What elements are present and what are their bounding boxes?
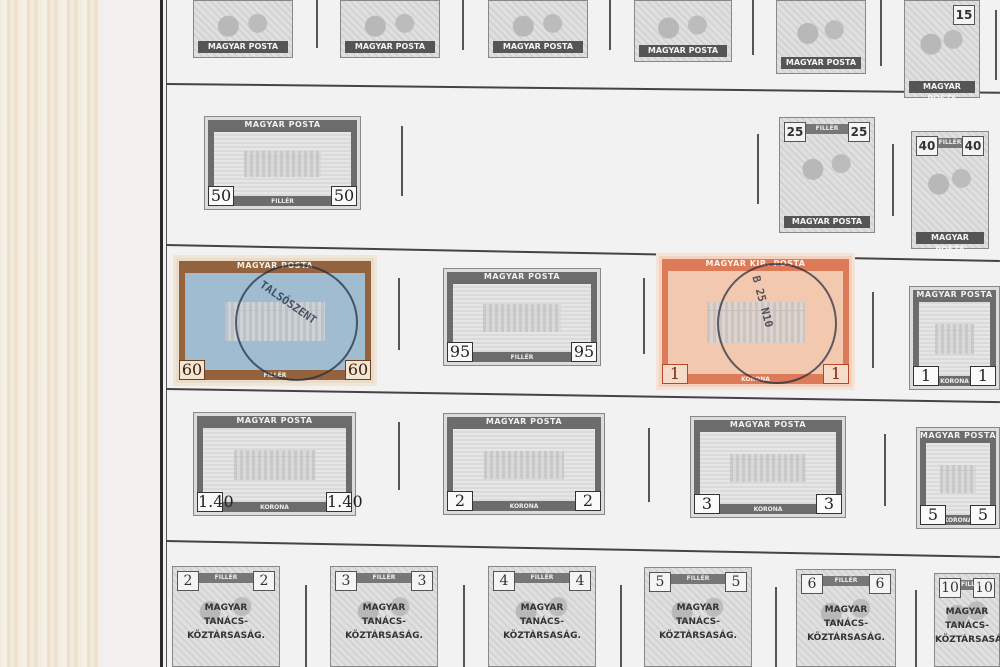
stamp-harvester[interactable]: 44FILLÉRMAGYARTANÁCS-KÖZTÁRSASÁG. (488, 566, 596, 667)
stamp-hinge-separator (884, 434, 886, 506)
stamp-parliament[interactable]: MAGYAR KIR. POSTAKORONA11B 25 N10 (659, 256, 852, 387)
overprint-line: KÖZTÁRSASÁG. (935, 633, 999, 647)
parliament-building-icon (234, 450, 314, 480)
stamp-value: 5 (920, 505, 946, 525)
stamp-harvester[interactable]: MAGYAR POSTA (340, 0, 440, 58)
stamp-caption: MAGYAR POSTA (909, 81, 975, 93)
stamp-value: 40 (916, 136, 938, 156)
overprint-line: KÖZTÁRSASÁG. (489, 629, 595, 643)
stamp-unit: FILLÉR (806, 124, 848, 134)
stamp-hinge-separator (398, 422, 400, 490)
overprint-line: MAGYAR (489, 601, 595, 615)
stamp-unit: FILLÉR (357, 573, 411, 583)
stamp-value: 95 (571, 342, 597, 362)
stamp-hinge-separator (401, 126, 403, 196)
stamp-harvester[interactable]: MAGYAR POSTA (634, 0, 732, 62)
stamp-value: 2 (253, 571, 275, 591)
stamp-caption: MAGYAR POSTA (916, 232, 984, 244)
parliament-building-icon (730, 454, 806, 483)
overprint-line: TANÁCS- (489, 615, 595, 629)
stamp-hinge-separator (463, 585, 465, 667)
stamp-value: 50 (208, 186, 234, 206)
stamp-harvester[interactable]: MAGYAR POSTA (488, 0, 588, 58)
page-inner-rule (166, 0, 167, 667)
stamp-parliament[interactable]: MAGYAR POSTAKORONA33 (690, 416, 846, 518)
stamp-value: 1 (662, 364, 688, 384)
stamp-value: 5 (649, 572, 671, 592)
overprint-line: MAGYAR (797, 603, 895, 617)
stamp-parliament[interactable]: MAGYAR POSTAKORONA1.401.40 (193, 412, 356, 516)
postmark-cancel (235, 264, 358, 381)
stamp-hinge-separator (609, 0, 611, 50)
stamp-parliament[interactable]: MAGYAR POSTAFILLÉR6060TALSÓSZENT (176, 258, 374, 383)
stamp-unit: FILLÉR (515, 573, 569, 583)
stamp-hinge-separator (757, 134, 759, 204)
stamp-value: 6 (869, 574, 891, 594)
stamp-value: 2 (177, 571, 199, 591)
stamp-value: 3 (411, 571, 433, 591)
stamp-caption: MAGYAR POSTA (493, 41, 583, 53)
stamp-hinge-separator (892, 144, 894, 216)
stamp-unit: FILLÉR (199, 573, 253, 583)
stamp-unit: FILLÉR (823, 576, 869, 586)
stamp-caption: MAGYAR POSTA (198, 41, 288, 53)
stamp-caption: MAGYAR POSTA (444, 272, 600, 281)
overprint-line: MAGYAR (935, 605, 999, 619)
stamp-value: 2 (575, 491, 601, 511)
stamp-hinge-separator (398, 278, 400, 350)
stamp-caption: MAGYAR POSTA (444, 417, 604, 426)
parliament-building-icon (940, 465, 976, 494)
stamp-caption: MAGYAR POSTA (784, 216, 870, 228)
album-margin (100, 0, 162, 667)
stamp-value: 95 (447, 342, 473, 362)
overprint-text: MAGYARTANÁCS-KÖZTÁRSASÁG. (797, 603, 895, 645)
stamp-parliament[interactable]: MAGYAR POSTAKORONA11 (909, 286, 1000, 390)
stamp-harvester[interactable]: 2525FILLÉRMAGYAR POSTA (779, 117, 875, 233)
stamp-caption: MAGYAR POSTA (781, 57, 861, 69)
overprint-line: KÖZTÁRSASÁG. (331, 629, 437, 643)
overprint-line: TANÁCS- (797, 617, 895, 631)
stamp-value: 3 (816, 494, 842, 514)
stamp-hinge-separator (872, 292, 874, 368)
stamp-value: 1.40 (326, 492, 352, 512)
stamp-value: 6 (801, 574, 823, 594)
parliament-building-icon (935, 324, 975, 354)
parliament-building-icon (244, 151, 321, 177)
stamp-caption: MAGYAR POSTA (345, 41, 435, 53)
overprint-line: MAGYAR (645, 601, 751, 615)
stamp-value: 5 (725, 572, 747, 592)
stamp-caption: MAGYAR POSTA (917, 431, 999, 440)
overprint-line: TANÁCS- (173, 615, 279, 629)
overprint-line: KÖZTÁRSASÁG. (797, 631, 895, 645)
stamp-hinge-separator (915, 590, 917, 667)
stamp-caption: MAGYAR POSTA (194, 416, 355, 425)
stamp-value: 25 (848, 122, 870, 142)
stamp-caption: MAGYAR POSTA (639, 45, 727, 57)
stamp-hinge-separator (643, 278, 645, 354)
stamp-value: 1 (970, 366, 996, 386)
stamp-value: 4 (493, 571, 515, 591)
stamp-harvester[interactable]: MAGYAR POSTA (193, 0, 293, 58)
stamp-value: 3 (335, 571, 357, 591)
stamp-value: 25 (784, 122, 806, 142)
overprint-line: KÖZTÁRSASÁG. (173, 629, 279, 643)
stamp-harvester[interactable]: 22FILLÉRMAGYARTANÁCS-KÖZTÁRSASÁG. (172, 566, 280, 667)
stamp-value: 2 (447, 491, 473, 511)
stamp-hinge-separator (648, 428, 650, 502)
stamp-parliament[interactable]: MAGYAR POSTAFILLÉR5050 (204, 116, 361, 210)
stamp-harvester[interactable]: 33FILLÉRMAGYARTANÁCS-KÖZTÁRSASÁG. (330, 566, 438, 667)
stamp-harvester[interactable]: 66FILLÉRMAGYARTANÁCS-KÖZTÁRSASÁG. (796, 569, 896, 667)
book-page-edges (0, 0, 100, 667)
stamp-value: 1.40 (197, 492, 223, 512)
overprint-line: MAGYAR (173, 601, 279, 615)
overprint-text: MAGYARTANÁCS-KÖZTÁRSASÁG. (489, 601, 595, 643)
stamp-harvester[interactable]: 4040FILLÉRMAGYAR POSTA (911, 131, 989, 249)
parliament-building-icon (484, 451, 564, 480)
stamp-hinge-separator (620, 585, 622, 667)
stamp-harvester[interactable]: 55FILLÉRMAGYARTANÁCS-KÖZTÁRSASÁG. (644, 567, 752, 667)
overprint-line: TANÁCS- (331, 615, 437, 629)
stamp-value: 1 (913, 366, 939, 386)
stamp-value: 1 (823, 364, 849, 384)
stamp-parliament[interactable]: MAGYAR POSTAKORONA55 (916, 427, 1000, 529)
stamp-value: 3 (694, 494, 720, 514)
stamp-value: 60 (345, 360, 371, 380)
postmark-cancel (717, 263, 837, 385)
stamp-hinge-separator (316, 0, 318, 48)
stamp-caption: MAGYAR POSTA (691, 420, 845, 429)
overprint-text: MAGYARTANÁCS-KÖZTÁRSASÁG. (173, 601, 279, 643)
stamp-value: 40 (962, 136, 984, 156)
stamp-unit: FILLÉR (671, 574, 725, 584)
overprint-text: MAGYARTANÁCS-KÖZTÁRSASÁG. (935, 605, 999, 647)
stamp-value: 15 (953, 5, 975, 25)
stamp-harvester[interactable]: MAGYAR POSTA (776, 0, 866, 74)
stamp-hinge-separator (880, 0, 882, 66)
stamp-caption: MAGYAR POSTA (205, 120, 360, 129)
stamp-hinge-separator (462, 0, 464, 50)
overprint-line: MAGYAR (331, 601, 437, 615)
stamp-parliament[interactable]: MAGYAR POSTAFILLÉR9595 (443, 268, 601, 366)
overprint-text: MAGYARTANÁCS-KÖZTÁRSASÁG. (645, 601, 751, 643)
stamp-value: 60 (179, 360, 205, 380)
stamp-unit: FILLÉR (938, 138, 962, 148)
overprint-line: KÖZTÁRSASÁG. (645, 629, 751, 643)
stamp-unit: FILLÉR (961, 580, 973, 590)
stamp-parliament[interactable]: MAGYAR POSTAKORONA22 (443, 413, 605, 515)
stamp-harvester[interactable]: 1010FILLÉRMAGYARTANÁCS-KÖZTÁRSASÁG. (934, 573, 1000, 667)
stamp-hinge-separator (995, 10, 997, 80)
overprint-text: MAGYARTANÁCS-KÖZTÁRSASÁG. (331, 601, 437, 643)
stamp-value: 5 (970, 505, 996, 525)
parliament-building-icon (483, 304, 560, 331)
stamp-value: 50 (331, 186, 357, 206)
stamp-hinge-separator (775, 587, 777, 667)
overprint-line: TANÁCS- (935, 619, 999, 633)
stamp-value: 10 (939, 578, 961, 598)
stamp-harvester[interactable]: 15MAGYAR POSTA (904, 0, 980, 98)
stamp-value: 4 (569, 571, 591, 591)
stamp-hinge-separator (305, 585, 307, 667)
stamp-caption: MAGYAR POSTA (910, 290, 999, 299)
stamp-hinge-separator (752, 0, 754, 55)
overprint-line: TANÁCS- (645, 615, 751, 629)
